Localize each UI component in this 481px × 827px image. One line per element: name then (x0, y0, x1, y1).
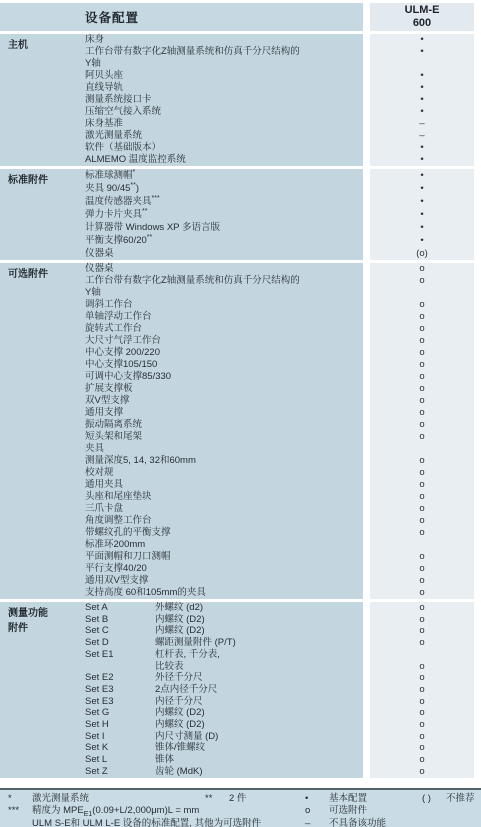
item-label: 床身基准 (55, 118, 363, 130)
legend-item: **2 件 (205, 793, 305, 806)
table-row: 标准球测帽*• (55, 169, 481, 182)
value-marker: o (370, 347, 474, 359)
section-rows: 床身•工作台带有数字化Z轴测量系统和仿真千分尺结构的Y轴•阿贝头座•直线导轨•测… (55, 34, 481, 166)
table-row: ALMEMO 温度监控系统• (55, 154, 481, 166)
item-label-text: 仪器桌 (85, 248, 114, 259)
item-label-text: 外径千分尺 (155, 672, 203, 683)
value-marker: o (370, 263, 474, 275)
item-label: 工作台带有数字化Z轴测量系统和仿真千分尺结构的Y轴 (55, 46, 363, 70)
footnote-marker: ** (130, 182, 135, 189)
value-marker: – (370, 130, 474, 142)
table-row: 仪器桌(o) (55, 247, 481, 260)
item-label-text: 齿轮 (MdK) (155, 766, 203, 777)
value-marker: o (370, 719, 474, 731)
value-marker: • (370, 106, 474, 118)
item-label: 头座和尾座垫块 (55, 491, 363, 503)
item-label-text: 单轴浮动工作台 (85, 311, 152, 322)
table-row: 可调中心支撑85/330o (55, 371, 481, 383)
legend-text: ULM S-E和 ULM L-E 设备的标准配置, 其他为可选附件 (32, 818, 261, 827)
value-marker: • (370, 94, 474, 106)
table-row: 工作台带有数字化Z轴测量系统和仿真千分尺结构的Y轴• (55, 46, 481, 70)
item-label-text: 通用夹具 (85, 479, 123, 490)
item-label-text: 温度传感器夹具 (85, 196, 152, 207)
table-row: 测量深度5, 14, 32和60mmo (55, 455, 481, 467)
value-marker: o (370, 614, 474, 626)
value-marker: – (370, 118, 474, 130)
table-row: 角度调整工作台o (55, 515, 481, 527)
table-row: Set E1杠杆表, 千分表,比较表o (55, 649, 481, 672)
item-label: Set A外螺纹 (d2) (55, 602, 363, 614)
set-name: Set L (85, 754, 155, 766)
item-label: 中心支撑 200/220 (55, 347, 363, 359)
item-label-text: 床身基准 (85, 118, 123, 129)
item-label-text: 内尺寸测量 (D) (155, 731, 218, 742)
item-label: Set E2外径千分尺 (55, 672, 363, 684)
item-label: 通用双V型支撑 (55, 575, 363, 587)
table-row: Set A外螺纹 (d2)o (55, 602, 481, 614)
footnote-marker: ** (147, 234, 152, 241)
value-marker: o (370, 503, 474, 515)
table-title: 设备配置 (0, 8, 139, 26)
value-marker: o (370, 383, 474, 395)
item-label: 仪器桌 (55, 263, 363, 275)
set-name: Set C (85, 625, 155, 637)
table-row: 床身基准– (55, 118, 481, 130)
table-row: 夹具 90/45**)• (55, 182, 481, 195)
item-label: 温度传感器夹具*** (55, 195, 363, 208)
item-label: 标准球测帽* (55, 169, 363, 182)
section-label-column: 主机 (0, 34, 55, 166)
table-row: 平衡支撑60/20**• (55, 234, 481, 247)
value-marker: o (370, 684, 474, 696)
value-marker: (o) (370, 247, 474, 260)
value-marker: o (370, 766, 474, 778)
footnote-marker: ** (142, 208, 147, 215)
table-row: 扩展支撑板o (55, 383, 481, 395)
table-row: 弹力卡片夹具**• (55, 208, 481, 221)
item-label-text: 双V型支撑 (85, 395, 129, 406)
item-label-text: 振动隔离系统 (85, 419, 142, 430)
item-label: 大尺寸气浮工作台 (55, 335, 363, 347)
item-label-text: 中心支撑105/150 (85, 359, 157, 370)
value-marker: o (370, 742, 474, 754)
item-label: 通用夹具 (55, 479, 363, 491)
item-label: 平衡支撑60/20** (55, 234, 363, 247)
set-name: Set B (85, 614, 155, 626)
item-label: 测量系统接口卡 (55, 94, 363, 106)
item-label: Set C内螺纹 (D2) (55, 625, 363, 637)
table-row: 计算器带 Windows XP 多语言版• (55, 221, 481, 234)
item-label-text: 头座和尾座垫块 (85, 491, 152, 502)
item-label: 三爪卡盘 (55, 503, 363, 515)
footnote-marker: * (133, 169, 136, 176)
item-label-text: 测量深度5, 14, 32和60mm (85, 455, 196, 466)
table-row: 温度传感器夹具***• (55, 195, 481, 208)
item-label-text: 螺距测量附件 (P/T) (155, 637, 236, 648)
item-label-text: 通用支撑 (85, 407, 123, 418)
item-label-text: 软件（基础版本） (85, 142, 161, 153)
section-label-column: 可选附件 (0, 263, 55, 599)
item-label-text: 内螺纹 (D2) (155, 614, 205, 625)
table-row: 双V型支撑o (55, 395, 481, 407)
legend-text: 可选附件 (329, 805, 367, 818)
item-label: 床身 (55, 34, 363, 46)
value-marker: • (370, 234, 474, 247)
set-name: Set E2 (85, 672, 155, 684)
section-label-column: 标准附件 (0, 169, 55, 260)
table-row: 床身• (55, 34, 481, 46)
legend-text: 不推荐 (446, 793, 475, 806)
footnote-marker: *** (152, 195, 160, 202)
table-row: Set C内螺纹 (D2)o (55, 625, 481, 637)
item-label-text: 外螺纹 (d2) (155, 602, 203, 613)
set-name: Set D (85, 637, 155, 649)
item-label-text: 平面测帽和刀口测帽 (85, 551, 171, 562)
section-rows: 标准球测帽*•夹具 90/45**)•温度传感器夹具***•弹力卡片夹具**•计… (55, 169, 481, 260)
item-label-text: 支持高度 60和105mm的夹具 (85, 587, 206, 598)
item-label-text: 三爪卡盘 (85, 503, 123, 514)
table-row: Set L锥体o (55, 754, 481, 766)
item-label-text-line2: 比较表 (155, 661, 363, 673)
section-label: 标准附件 (0, 169, 55, 186)
table-row: 标准环200mm (55, 539, 481, 551)
item-label-text: 通用双V型支撑 (85, 575, 148, 586)
table-row: 调斜工作台o (55, 299, 481, 311)
value-marker: o (370, 419, 474, 431)
item-label: Set B内螺纹 (D2) (55, 614, 363, 626)
table-row: 直线导轨• (55, 82, 481, 94)
table-row: 校对规o (55, 467, 481, 479)
value-marker: o (370, 672, 474, 684)
item-label: Set Z齿轮 (MdK) (55, 766, 363, 778)
item-label-text: 激光测量系统 (85, 130, 142, 141)
table-row: 通用双V型支撑o (55, 575, 481, 587)
item-label: ALMEMO 温度监控系统 (55, 154, 363, 166)
legend-text: 不具备该功能 (329, 818, 386, 827)
item-label-text: 床身 (85, 34, 104, 45)
item-label-text: 弹力卡片夹具 (85, 209, 142, 220)
section-label-column: 测量功能附件 (0, 602, 55, 778)
value-marker: o (370, 431, 474, 443)
legend-row: ULM S-E和 ULM L-E 设备的标准配置, 其他为可选附件–不具备该功能 (8, 818, 481, 827)
value-marker: o (370, 455, 474, 467)
item-label-text: 内螺纹 (D2) (155, 625, 205, 636)
item-label-text: 校对规 (85, 467, 114, 478)
value-marker: • (370, 142, 474, 154)
set-name: Set E1 (85, 649, 155, 661)
legend-text: 精度为 MPEE1(0.09+L/2,000μm)L = mm (32, 805, 199, 818)
table-row: 旋转式工作台o (55, 323, 481, 335)
item-label-text: 夹具 (85, 443, 104, 454)
table-header-left: 设备配置 (0, 3, 363, 31)
legend-item: o可选附件 (305, 805, 481, 818)
legend-text: 激光测量系统 (32, 793, 89, 806)
value-marker: • (370, 82, 474, 94)
value-marker: • (370, 208, 474, 221)
column-header-model: ULM-E 600 (370, 3, 474, 31)
item-label: 双V型支撑 (55, 395, 363, 407)
item-label: 计算器带 Windows XP 多语言版 (55, 221, 363, 234)
value-marker: o (370, 707, 474, 719)
value-marker: o (370, 479, 474, 491)
item-label-text: 仪器桌 (85, 263, 114, 274)
table-row: 平面测帽和刀口测帽o (55, 551, 481, 563)
value-marker: o (370, 575, 474, 587)
value-marker: o (370, 299, 474, 311)
legend-symbol: – (305, 818, 329, 827)
table-row: Set Z齿轮 (MdK)o (55, 766, 481, 778)
table-row: Set K锥体/锥螺纹o (55, 742, 481, 754)
value-marker: o (370, 551, 474, 563)
legend-symbol: o (305, 805, 329, 818)
value-marker: • (370, 182, 474, 195)
set-name: Set K (85, 742, 155, 754)
value-marker: o (370, 696, 474, 708)
value-marker: • (370, 169, 474, 182)
item-label-text: 锥体/锥螺纹 (155, 742, 205, 753)
value-marker: • (370, 195, 474, 208)
set-name: Set Z (85, 766, 155, 778)
item-label: 测量深度5, 14, 32和60mm (55, 455, 363, 467)
item-label: Set E32点内径千分尺 (55, 684, 363, 696)
legend-item: ***精度为 MPEE1(0.09+L/2,000μm)L = mm (8, 805, 305, 818)
table-header: 设备配置 ULM-E 600 (0, 3, 481, 31)
item-label-text: 带螺纹孔的平衡支撑 (85, 527, 171, 538)
footer-gap (0, 781, 481, 788)
item-label: 压缩空气接入系统 (55, 106, 363, 118)
item-label: 夹具 (55, 443, 363, 455)
item-label-text: 杠杆表, 千分表, (155, 649, 220, 660)
table-row: 头座和尾座垫块o (55, 491, 481, 503)
value-marker: o (370, 563, 474, 575)
item-label: 弹力卡片夹具** (55, 208, 363, 221)
item-label: Set E1杠杆表, 千分表,比较表 (55, 649, 363, 672)
item-label-text: 夹具 90/45 (85, 183, 130, 194)
item-label: 激光测量系统 (55, 130, 363, 142)
table-row: 工作台带有数字化Z轴测量系统和仿真千分尺结构的Y轴o (55, 275, 481, 299)
value-marker: o (370, 467, 474, 479)
value-marker: • (370, 70, 474, 82)
section-rows: Set A外螺纹 (d2)oSet B内螺纹 (D2)oSet C内螺纹 (D2… (55, 602, 481, 778)
table-row: 通用夹具o (55, 479, 481, 491)
legend-item: –不具备该功能 (305, 818, 481, 827)
set-name: Set I (85, 731, 155, 743)
value-marker: o (370, 527, 474, 539)
item-label: Set H内螺纹 (D2) (55, 719, 363, 731)
item-label: 振动隔离系统 (55, 419, 363, 431)
legend-item: •基本配置 (305, 793, 422, 806)
section-optional-accessories: 可选附件仪器桌o工作台带有数字化Z轴测量系统和仿真千分尺结构的Y轴o调斜工作台o… (0, 263, 481, 599)
item-label-text: 内径千分尺 (155, 696, 203, 707)
section-label: 测量功能附件 (0, 602, 55, 634)
item-label: 工作台带有数字化Z轴测量系统和仿真千分尺结构的Y轴 (55, 275, 363, 299)
item-label-text: 阿贝头座 (85, 70, 123, 81)
item-label-text: 大尺寸气浮工作台 (85, 335, 161, 346)
item-label-text-line2: Y轴 (85, 287, 363, 299)
table-row: Set I内尺寸测量 (D)o (55, 731, 481, 743)
value-marker: o (370, 754, 474, 766)
legend: *激光测量系统**2 件•基本配置( )不推荐***精度为 MPEE1(0.09… (0, 790, 481, 827)
set-name: Set E3 (85, 696, 155, 708)
value-marker: • (370, 46, 474, 70)
item-label-text: 短头架和尾架 (85, 431, 142, 442)
item-label-text: 扩展支撑板 (85, 383, 133, 394)
item-label: Set D螺距测量附件 (P/T) (55, 637, 363, 649)
item-label: 支持高度 60和105mm的夹具 (55, 587, 363, 599)
item-label: Set K锥体/锥螺纹 (55, 742, 363, 754)
legend-row: *激光测量系统**2 件•基本配置( )不推荐 (8, 793, 481, 806)
item-label: 校对规 (55, 467, 363, 479)
legend-text: 2 件 (229, 793, 246, 806)
legend-symbol: • (305, 793, 329, 806)
value-marker (370, 539, 474, 551)
model-name: ULM-E (370, 4, 474, 17)
value-marker: • (370, 154, 474, 166)
value-marker: o (370, 602, 474, 614)
legend-item: *激光测量系统 (8, 793, 205, 806)
item-label-text: 角度调整工作台 (85, 515, 152, 526)
item-label: 调斜工作台 (55, 299, 363, 311)
item-label: 通用支撑 (55, 407, 363, 419)
section-main-unit: 主机床身•工作台带有数字化Z轴测量系统和仿真千分尺结构的Y轴•阿贝头座•直线导轨… (0, 34, 481, 166)
item-label: Set L锥体 (55, 754, 363, 766)
item-label-text: 工作台带有数字化Z轴测量系统和仿真千分尺结构的 (85, 275, 300, 286)
table-row: 压缩空气接入系统• (55, 106, 481, 118)
item-label: Set E3内径千分尺 (55, 696, 363, 708)
set-name: Set E3 (85, 684, 155, 696)
item-label-text: 工作台带有数字化Z轴测量系统和仿真千分尺结构的 (85, 46, 300, 57)
item-label-text: 调斜工作台 (85, 299, 133, 310)
value-marker: o (370, 731, 474, 743)
item-label-text: 可调中心支撑85/330 (85, 371, 171, 382)
table-row: 带螺纹孔的平衡支撑o (55, 527, 481, 539)
set-name: Set G (85, 707, 155, 719)
value-marker (370, 443, 474, 455)
section-label: 主机 (0, 34, 55, 51)
value-marker: o (370, 323, 474, 335)
item-label: Set I内尺寸测量 (D) (55, 731, 363, 743)
table-row: 中心支撑105/150o (55, 359, 481, 371)
legend-row: ***精度为 MPEE1(0.09+L/2,000μm)L = mmo可选附件 (8, 805, 481, 818)
legend-text: 基本配置 (329, 793, 367, 806)
item-label: 旋转式工作台 (55, 323, 363, 335)
table-row: 通用支撑o (55, 407, 481, 419)
item-label: 软件（基础版本） (55, 142, 363, 154)
spec-table-body: 主机床身•工作台带有数字化Z轴测量系统和仿真千分尺结构的Y轴•阿贝头座•直线导轨… (0, 34, 481, 778)
value-marker: o (370, 359, 474, 371)
item-label: 直线导轨 (55, 82, 363, 94)
model-size: 600 (370, 17, 474, 30)
table-row: 软件（基础版本）• (55, 142, 481, 154)
item-label: 扩展支撑板 (55, 383, 363, 395)
table-row: Set G内螺纹 (D2)o (55, 707, 481, 719)
item-label: 夹具 90/45**) (55, 182, 363, 195)
table-row: 短头架和尾架o (55, 431, 481, 443)
section-standard-accessories: 标准附件标准球测帽*•夹具 90/45**)•温度传感器夹具***•弹力卡片夹具… (0, 169, 481, 260)
legend-symbol: ( ) (422, 793, 446, 806)
legend-item: ( )不推荐 (422, 793, 481, 806)
item-label-text: 压缩空气接入系统 (85, 106, 161, 117)
item-label-text: 标准环200mm (85, 539, 145, 550)
table-row: 单轴浮动工作台o (55, 311, 481, 323)
item-label-text: 测量系统接口卡 (85, 94, 152, 105)
item-label-text: 锥体 (155, 754, 174, 765)
set-name: Set H (85, 719, 155, 731)
value-marker: o (370, 311, 474, 323)
item-label-text-line2: Y轴 (85, 58, 363, 70)
table-row: 中心支撑 200/220o (55, 347, 481, 359)
legend-symbol: ** (205, 793, 229, 806)
value-marker: o (370, 587, 474, 599)
legend-symbol: * (8, 793, 32, 806)
item-label-text: 内螺纹 (D2) (155, 719, 205, 730)
value-marker: o (370, 637, 474, 649)
legend-symbol (8, 818, 32, 827)
value-marker: o (370, 491, 474, 503)
item-label: 单轴浮动工作台 (55, 311, 363, 323)
item-label: 仪器桌 (55, 247, 363, 260)
table-row: 三爪卡盘o (55, 503, 481, 515)
item-label-text: 标准球测帽 (85, 170, 133, 181)
item-label: 带螺纹孔的平衡支撑 (55, 527, 363, 539)
table-row: 夹具 (55, 443, 481, 455)
table-row: Set B内螺纹 (D2)o (55, 614, 481, 626)
value-marker: o (370, 625, 474, 637)
value-marker: o (370, 371, 474, 383)
item-label: 中心支撑105/150 (55, 359, 363, 371)
item-label-text: 旋转式工作台 (85, 323, 142, 334)
table-row: Set H内螺纹 (D2)o (55, 719, 481, 731)
table-row: 仪器桌o (55, 263, 481, 275)
table-row: 激光测量系统– (55, 130, 481, 142)
table-row: Set D螺距测量附件 (P/T)o (55, 637, 481, 649)
table-row: Set E3内径千分尺o (55, 696, 481, 708)
item-label-text: 平行支撑40/20 (85, 563, 147, 574)
table-row: 支持高度 60和105mm的夹具o (55, 587, 481, 599)
value-marker: o (370, 649, 474, 672)
item-label: Set G内螺纹 (D2) (55, 707, 363, 719)
item-label-text: 中心支撑 200/220 (85, 347, 160, 358)
item-label-text: ALMEMO 温度监控系统 (85, 154, 186, 165)
table-row: 大尺寸气浮工作台o (55, 335, 481, 347)
value-marker: o (370, 407, 474, 419)
item-label: 平行支撑40/20 (55, 563, 363, 575)
section-measuring-sets: 测量功能附件Set A外螺纹 (d2)oSet B内螺纹 (D2)oSet C内… (0, 602, 481, 778)
set-name: Set A (85, 602, 155, 614)
item-label-text: 2点内径千分尺 (155, 684, 217, 695)
item-label-text: 直线导轨 (85, 82, 123, 93)
table-row: 平行支撑40/20o (55, 563, 481, 575)
value-marker: • (370, 34, 474, 46)
table-row: 振动隔离系统o (55, 419, 481, 431)
item-label-text: 平衡支撑60/20 (85, 235, 147, 246)
legend-item: ULM S-E和 ULM L-E 设备的标准配置, 其他为可选附件 (8, 818, 305, 827)
value-marker: o (370, 515, 474, 527)
table-row: 测量系统接口卡• (55, 94, 481, 106)
value-marker: o (370, 335, 474, 347)
section-label: 可选附件 (0, 263, 55, 280)
item-label-text: 内螺纹 (D2) (155, 707, 205, 718)
item-label: 阿贝头座 (55, 70, 363, 82)
item-label: 可调中心支撑85/330 (55, 371, 363, 383)
table-row: Set E2外径千分尺o (55, 672, 481, 684)
item-label: 短头架和尾架 (55, 431, 363, 443)
value-marker: o (370, 395, 474, 407)
table-row: 阿贝头座• (55, 70, 481, 82)
item-label: 平面测帽和刀口测帽 (55, 551, 363, 563)
item-label: 角度调整工作台 (55, 515, 363, 527)
item-label: 标准环200mm (55, 539, 363, 551)
